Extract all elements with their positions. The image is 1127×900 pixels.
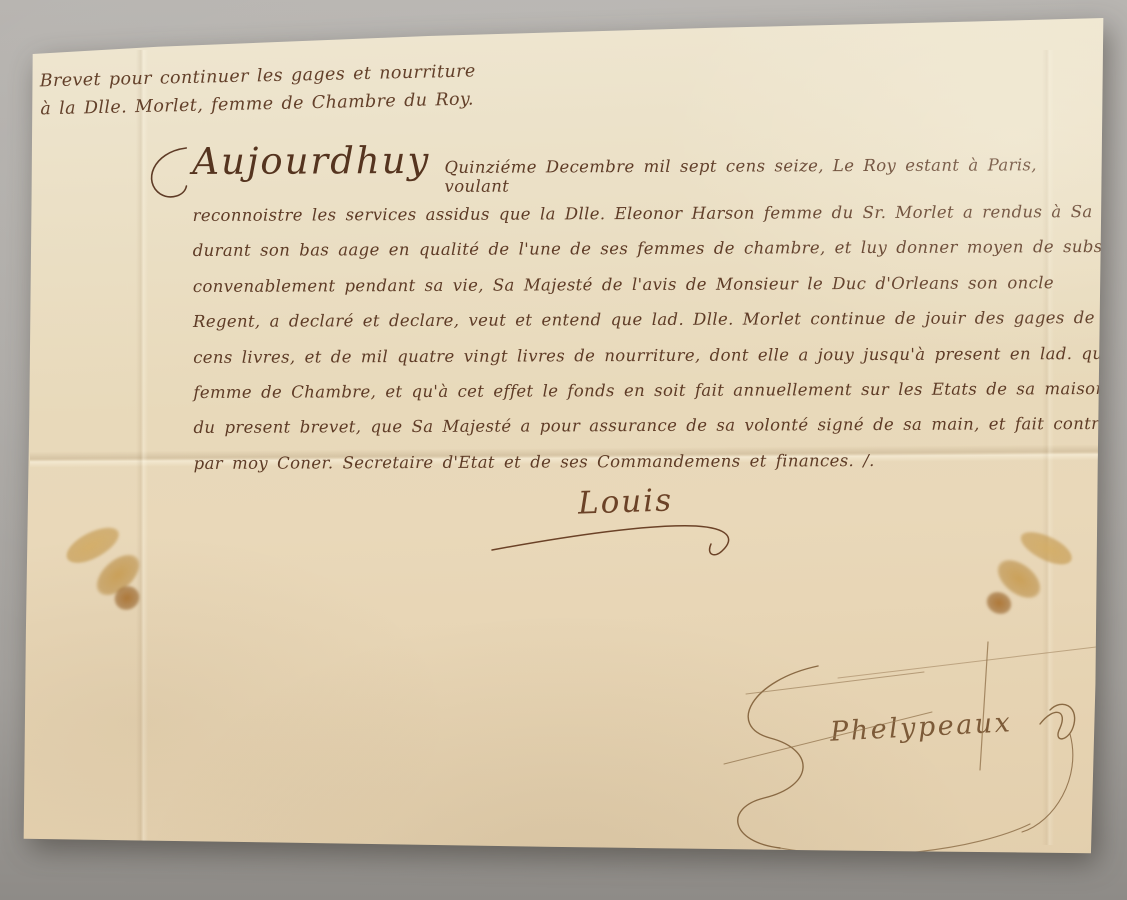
body-line: durant son bas aage en qualité de l'une …: [193, 237, 1098, 276]
header-annotation-line1: Brevet pour continuer les gages et nourr…: [39, 57, 510, 96]
header-annotation: Brevet pour continuer les gages et nourr…: [39, 57, 510, 124]
opening-swash-flourish: [140, 142, 192, 204]
parchment-sheet: Brevet pour continuer les gages et nourr…: [0, 0, 1127, 900]
opening-word: Aujourdhuy: [192, 139, 430, 183]
wax-stain-right: [972, 530, 1077, 630]
body-line: femme de Chambre, et qu'à cet effet le f…: [193, 379, 1098, 418]
signature-louis: Louis: [577, 482, 673, 521]
body-line: reconnoistre les services assidus que la…: [193, 202, 1098, 241]
vertical-fold-crease-left: [136, 50, 148, 845]
photograph-of-document: Brevet pour continuer les gages et nourr…: [0, 0, 1127, 900]
vertical-fold-crease-right: [1042, 50, 1054, 845]
manuscript-body: Aujourdhuy Quinziéme Decembre mil sept c…: [192, 136, 1099, 489]
horizontal-fold-crease: [30, 444, 1101, 467]
parchment-shadow: Brevet pour continuer les gages et nourr…: [0, 0, 1127, 900]
header-annotation-line2: à la Dlle. Morlet, femme de Chambre du R…: [40, 85, 511, 124]
phelypeaux-paraph-flourish: [718, 638, 1118, 873]
body-line: du present brevet, que Sa Majesté a pour…: [193, 414, 1098, 453]
wax-stain-left: [58, 524, 158, 624]
body-line: convenablement pendant sa vie, Sa Majest…: [193, 273, 1098, 312]
signature-phelypeaux: Phelypeaux: [829, 707, 1013, 748]
body-line: par moy Coner. Secretaire d'Etat et de s…: [194, 450, 1099, 489]
opening-line: Aujourdhuy Quinziéme Decembre mil sept c…: [192, 136, 1097, 197]
body-line: Regent, a declaré et declare, veut et en…: [193, 308, 1098, 347]
opening-rest: Quinziéme Decembre mil sept cens seize, …: [444, 155, 1097, 196]
body-line: cens livres, et de mil quatre vingt livr…: [193, 344, 1098, 383]
louis-paraph-flourish: [478, 498, 788, 578]
